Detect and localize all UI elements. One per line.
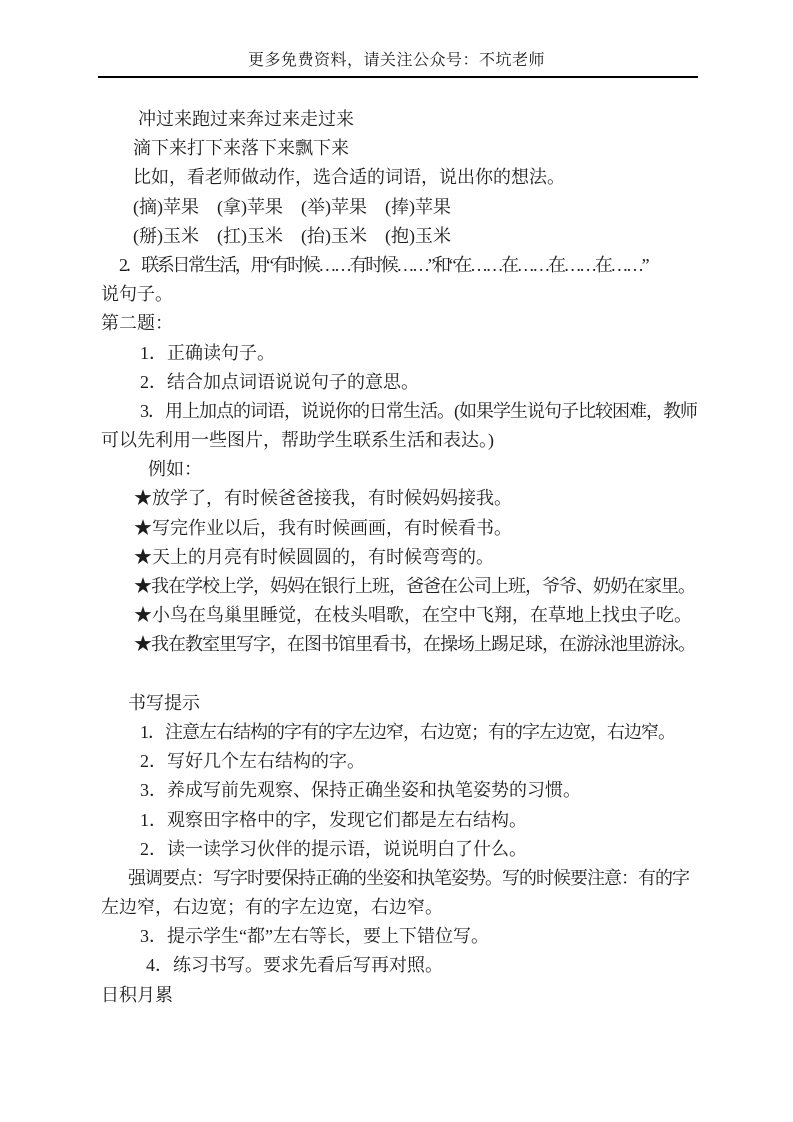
text-line: (掰)玉米 (扛)玉米 (抬)玉米 (抱)玉米 <box>99 222 699 251</box>
text-line: ★天上的月亮有时候圆圆的，有时候弯弯的。 <box>99 543 699 572</box>
text-line: ★小鸟在鸟巢里睡觉，在枝头唱歌，在空中飞翔，在草地上找虫子吃。 <box>99 601 699 630</box>
header-note: 更多免费资料，请关注公众号：不坑老师 <box>0 50 793 72</box>
text-line: 滴下来打下来落下来飘下来 <box>99 134 699 163</box>
text-line: ★写完作业以后，我有时候画画，有时候看书。 <box>99 514 699 543</box>
text-line: 1．注意左右结构的字有的字左边窄，右边宽；有的字左边宽，右边窄。 <box>99 718 699 747</box>
text-line: ★我在教室里写字，在图书馆里看书，在操场上踢足球，在游泳池里游泳。 <box>99 630 699 659</box>
text-line: 强调要点：写字时要保持正确的坐姿和执笔姿势。写的时候要注意：有的字 <box>99 864 699 893</box>
text-line: 例如： <box>99 455 699 484</box>
text-line: 冲过来跑过来奔过来走过来 <box>99 105 699 134</box>
text-line: 3．用上加点的词语，说说你的日常生活。(如果学生说句子比较困难，教师 <box>99 397 699 426</box>
text-line: 3．提示学生“都”左右等长，要上下错位写。 <box>99 922 699 951</box>
text-line: 2．结合加点词语说说句子的意思。 <box>99 368 699 397</box>
text-line: (摘)苹果 (拿)苹果 (举)苹果 (捧)苹果 <box>99 193 699 222</box>
text-line: 2．联系日常生活，用“有时候……有时候……”和“在……在……在……在……” <box>99 251 699 280</box>
text-line: 书写提示 <box>99 689 699 718</box>
text-line: ★放学了，有时候爸爸接我，有时候妈妈接我。 <box>99 484 699 513</box>
text-line: 第二题： <box>99 309 699 338</box>
text-line: 3．养成写前先观察、保持正确坐姿和执笔姿势的习惯。 <box>99 776 699 805</box>
blank-line <box>99 660 699 689</box>
text-line: 左边窄，右边宽；有的字左边宽，右边窄。 <box>99 893 699 922</box>
text-line: 2．写好几个左右结构的字。 <box>99 747 699 776</box>
text-line: 4．练习书写。要求先看后写再对照。 <box>99 951 699 980</box>
header-rule <box>98 76 698 78</box>
text-line: 2．读一读学习伙伴的提示语，说说明白了什么。 <box>99 835 699 864</box>
text-line: 1．观察田字格中的字，发现它们都是左右结构。 <box>99 806 699 835</box>
document-page: 更多免费资料，请关注公众号：不坑老师 冲过来跑过来奔过来走过来滴下来打下来落下来… <box>0 0 793 1122</box>
text-line: ★我在学校上学，妈妈在银行上班，爸爸在公司上班，爷爷、奶奶在家里。 <box>99 572 699 601</box>
text-line: 可以先利用一些图片，帮助学生联系生活和表达。) <box>99 426 699 455</box>
text-line: 比如，看老师做动作，选合适的词语，说出你的想法。 <box>99 163 699 192</box>
document-body: 冲过来跑过来奔过来走过来滴下来打下来落下来飘下来比如，看老师做动作，选合适的词语… <box>99 105 699 1010</box>
text-line: 日积月累 <box>99 981 699 1010</box>
text-line: 1．正确读句子。 <box>99 339 699 368</box>
text-line: 说句子。 <box>99 280 699 309</box>
